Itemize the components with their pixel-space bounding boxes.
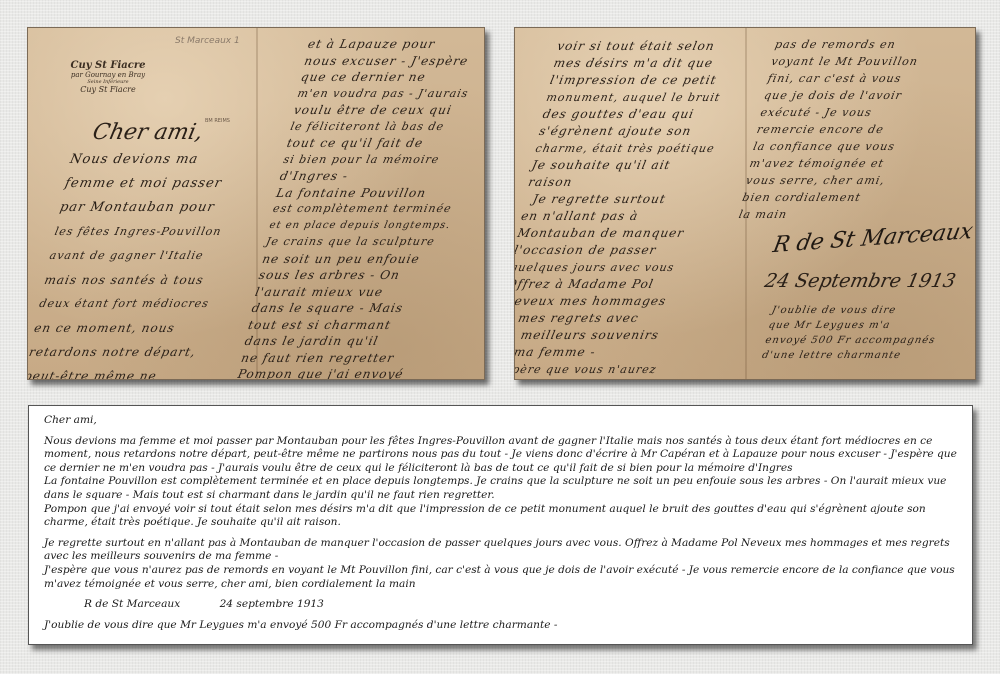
- handwritten-date: 24 Septembre 1913: [763, 270, 958, 292]
- handwritten-signature: R de St Marceaux: [771, 219, 975, 258]
- handwritten-line: ne soit un peu enfouie: [261, 251, 445, 268]
- letter-photo-page-1: Cuy St Fiacre par Gournay en Bray Seine …: [27, 27, 485, 380]
- handwritten-line: si bien pour la mémoire: [282, 152, 466, 169]
- handwritten-line: Montauban de manquer: [516, 225, 699, 242]
- transcript-signature-line: R de St Marceaux 24 septembre 1913: [44, 598, 958, 612]
- handwritten-line: mais nos santés à tous: [42, 268, 217, 292]
- handwritten-line: retardons notre départ,: [27, 340, 201, 364]
- handwritten-line: remercie encore de: [755, 121, 905, 138]
- transcript-line: moment, nous retardons notre départ, peu…: [44, 448, 958, 462]
- transcript-line: ce dernier ne m'en voudra pas - J'aurais…: [44, 462, 958, 476]
- handwritten-line: nous excuser - J'espère: [303, 53, 485, 70]
- transcript-date: 24 septembre 1913: [220, 598, 324, 612]
- handwritten-line: mes désirs m'a dit que: [552, 55, 735, 72]
- handwritten-line: Pompon que j'ai envoyé: [236, 366, 420, 380]
- transcript-line: charme, était très poétique. Je souhaite…: [44, 516, 958, 530]
- handwritten-line: tout est si charmant: [247, 317, 431, 334]
- handwritten-column-1: Nous devions ma femme et moi passer par …: [27, 148, 242, 380]
- library-stamp: BM REIMS: [205, 118, 230, 124]
- handwritten-line: pas de remords en: [773, 36, 923, 53]
- handwritten-line: que je dois de l'avoir: [762, 87, 912, 104]
- handwritten-salutation: Cher ami,: [90, 120, 205, 145]
- handwritten-line: dans le jardin qu'il: [243, 333, 427, 350]
- handwritten-line: tout ce qu'il fait de: [285, 135, 469, 152]
- handwritten-line: J'espère que vous n'aurez: [514, 361, 669, 378]
- handwritten-line: La fontaine Pouvillon: [275, 185, 459, 202]
- handwritten-line: la confiance que vous: [752, 138, 902, 155]
- handwritten-line: par Montauban pour: [57, 196, 232, 220]
- handwritten-line: de ma femme -: [514, 344, 673, 361]
- letterhead-line-2: par Gournay en Bray: [68, 71, 148, 79]
- transcript-line: avec les meilleurs souvenirs de ma femme…: [44, 550, 958, 564]
- handwritten-line: envoyé 500 Fr accompagnés: [764, 333, 937, 348]
- handwritten-line: et en place depuis longtemps.: [268, 218, 452, 235]
- transcript-salutation: Cher ami,: [44, 414, 958, 428]
- handwritten-line: bien cordialement: [741, 189, 891, 206]
- transcript-line: m'avez témoignée et vous serre, cher ami…: [44, 578, 958, 592]
- handwritten-line: ne faut rien regretter: [240, 350, 424, 367]
- handwritten-line: Je regrette surtout: [523, 191, 706, 208]
- transcript-signature: R de St Marceaux: [84, 598, 180, 612]
- pencil-archive-note: St Marceaux 1: [175, 36, 240, 46]
- handwritten-line: est complètement terminée: [271, 201, 455, 218]
- handwritten-line: le féliciteront là bas de: [289, 119, 473, 136]
- handwritten-line: et mes regrets avec: [514, 310, 680, 327]
- handwritten-line: l'occasion de passer: [514, 242, 695, 259]
- handwritten-line: peut-être même ne: [27, 364, 196, 380]
- handwritten-postscript: J'oublie de vous dire que Mr Leygues m'a…: [761, 303, 944, 363]
- handwritten-line: voir si tout était selon: [556, 38, 739, 55]
- handwritten-line: Offrez à Madame Pol: [514, 276, 688, 293]
- handwritten-line: s'égrènent ajoute son: [537, 123, 720, 140]
- handwritten-line: l'impression de ce petit: [548, 72, 731, 89]
- handwritten-line: exécuté - Je vous: [759, 104, 909, 121]
- handwritten-column-2: et à Lapauze pour nous excuser - J'espèr…: [236, 36, 485, 380]
- letterhead-line-4: Cuy St Fiacre: [68, 85, 148, 94]
- handwritten-line: les meilleurs souvenirs: [514, 327, 677, 344]
- handwritten-line: fini, car c'est à vous: [766, 70, 916, 87]
- transcript-line: J'espère que vous n'aurez pas de remords…: [44, 564, 958, 578]
- handwritten-line: en n'allant pas à: [519, 208, 702, 225]
- handwritten-line: d'une lettre charmante: [761, 348, 934, 363]
- handwritten-line: m'avez témoignée et: [748, 155, 898, 172]
- handwritten-line: que Mr Leygues m'a: [767, 318, 940, 333]
- handwritten-line: en ce moment, nous: [32, 316, 207, 340]
- transcript-line: dans le square - Mais tout est si charma…: [44, 489, 958, 503]
- handwritten-line: des gouttes d'eau qui: [541, 106, 724, 123]
- handwritten-line: Je crains que la sculpture: [264, 234, 448, 251]
- handwritten-line: avant de gagner l'Italie: [47, 244, 222, 268]
- handwritten-line: m'en voudra pas - J'aurais: [296, 86, 480, 103]
- handwritten-line: dans le square - Mais: [250, 300, 434, 317]
- handwritten-line: que ce dernier ne: [299, 69, 483, 86]
- transcript-postscript: J'oublie de vous dire que Mr Leygues m'a…: [44, 619, 958, 633]
- handwritten-line: d'Ingres -: [278, 168, 462, 185]
- handwritten-line: monument, auquel le bruit: [545, 89, 728, 106]
- handwritten-line: Neveux mes hommages: [514, 293, 684, 310]
- handwritten-line: raison: [527, 174, 710, 191]
- letterhead: Cuy St Fiacre par Gournay en Bray Seine …: [68, 60, 148, 94]
- handwritten-line: quelques jours avec vous: [514, 259, 691, 276]
- handwritten-line: voyant le Mt Pouvillon: [770, 53, 920, 70]
- handwritten-line: vous serre, cher ami,: [744, 172, 894, 189]
- handwritten-line: femme et moi passer: [62, 172, 237, 196]
- handwritten-column-2: pas de remords en voyant le Mt Pouvillon…: [737, 36, 923, 223]
- handwritten-line: sous les arbres - On: [257, 267, 441, 284]
- handwritten-line: la main: [737, 206, 887, 223]
- letter-photo-page-2: voir si tout était selon mes désirs m'a …: [514, 27, 976, 380]
- handwritten-line: voulu être de ceux qui: [292, 102, 476, 119]
- handwritten-line: deux étant fort médiocres: [37, 292, 212, 316]
- handwritten-line: les fêtes Ingres-Pouvillon: [52, 220, 227, 244]
- handwritten-column-1: voir si tout était selon mes désirs m'a …: [514, 38, 738, 378]
- handwritten-line: charme, était très poétique: [534, 140, 717, 157]
- transcript-paragraph-1: Nous devions ma femme et moi passer par …: [44, 435, 958, 530]
- handwritten-line: l'aurait mieux vue: [254, 284, 438, 301]
- transcript-line: Nous devions ma femme et moi passer par …: [44, 435, 958, 449]
- transcript-line: La fontaine Pouvillon est complètement t…: [44, 475, 958, 489]
- transcript-line: Pompon que j'ai envoyé voir si tout étai…: [44, 503, 958, 517]
- handwritten-line: et à Lapauze pour: [306, 36, 485, 53]
- handwritten-line: Je souhaite qu'il ait: [530, 157, 713, 174]
- handwritten-line: Nous devions ma: [68, 148, 243, 172]
- handwritten-line: J'oublie de vous dire: [770, 303, 943, 318]
- transcript-panel: Cher ami, Nous devions ma femme et moi p…: [28, 405, 973, 645]
- transcript-line: Je regrette surtout en n'allant pas à Mo…: [44, 537, 958, 551]
- letterhead-line-1: Cuy St Fiacre: [68, 60, 148, 71]
- transcript-paragraph-2: Je regrette surtout en n'allant pas à Mo…: [44, 537, 958, 591]
